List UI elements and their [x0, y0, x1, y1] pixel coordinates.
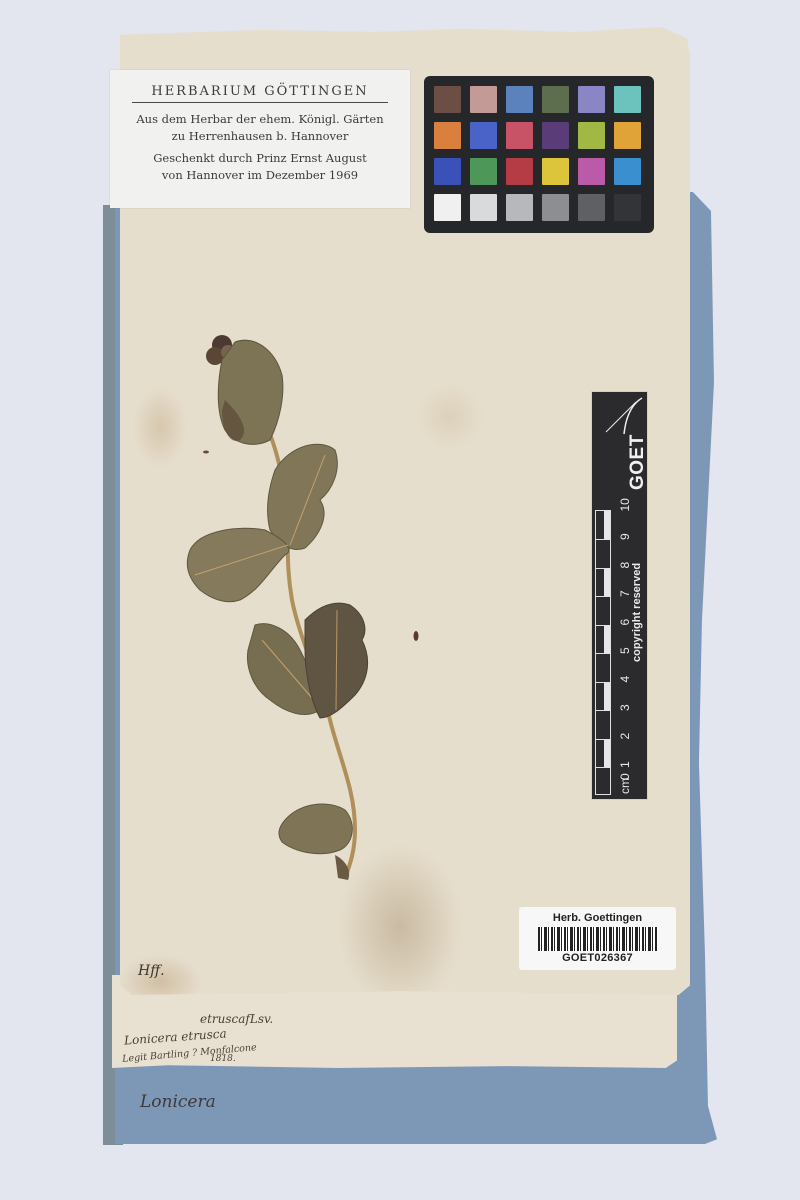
goet-logo-icon: [596, 396, 646, 436]
scale-copyright-text: copyright reserved: [631, 563, 643, 662]
scale-logo-text: GOET: [627, 434, 649, 490]
debris-fragment: [414, 631, 419, 641]
leaf-bottom: [279, 804, 352, 854]
barcode-label: Herb. Goettingen GOET026367: [519, 907, 676, 970]
plant-specimen: [0, 0, 800, 1200]
leaf-middle-left: [187, 528, 289, 601]
scale-numbers: cm012345678910: [618, 483, 632, 794]
barcode-number: GOET026367: [519, 952, 676, 964]
barcode-title: Herb. Goettingen: [519, 912, 676, 924]
debris-fragment: [203, 451, 209, 454]
barcode-icon: [538, 927, 658, 951]
scale-unit: cm: [618, 780, 632, 794]
scale-bar: GOET copyright reserved cm012345678910: [592, 392, 647, 799]
scale-ruler: [595, 510, 611, 795]
